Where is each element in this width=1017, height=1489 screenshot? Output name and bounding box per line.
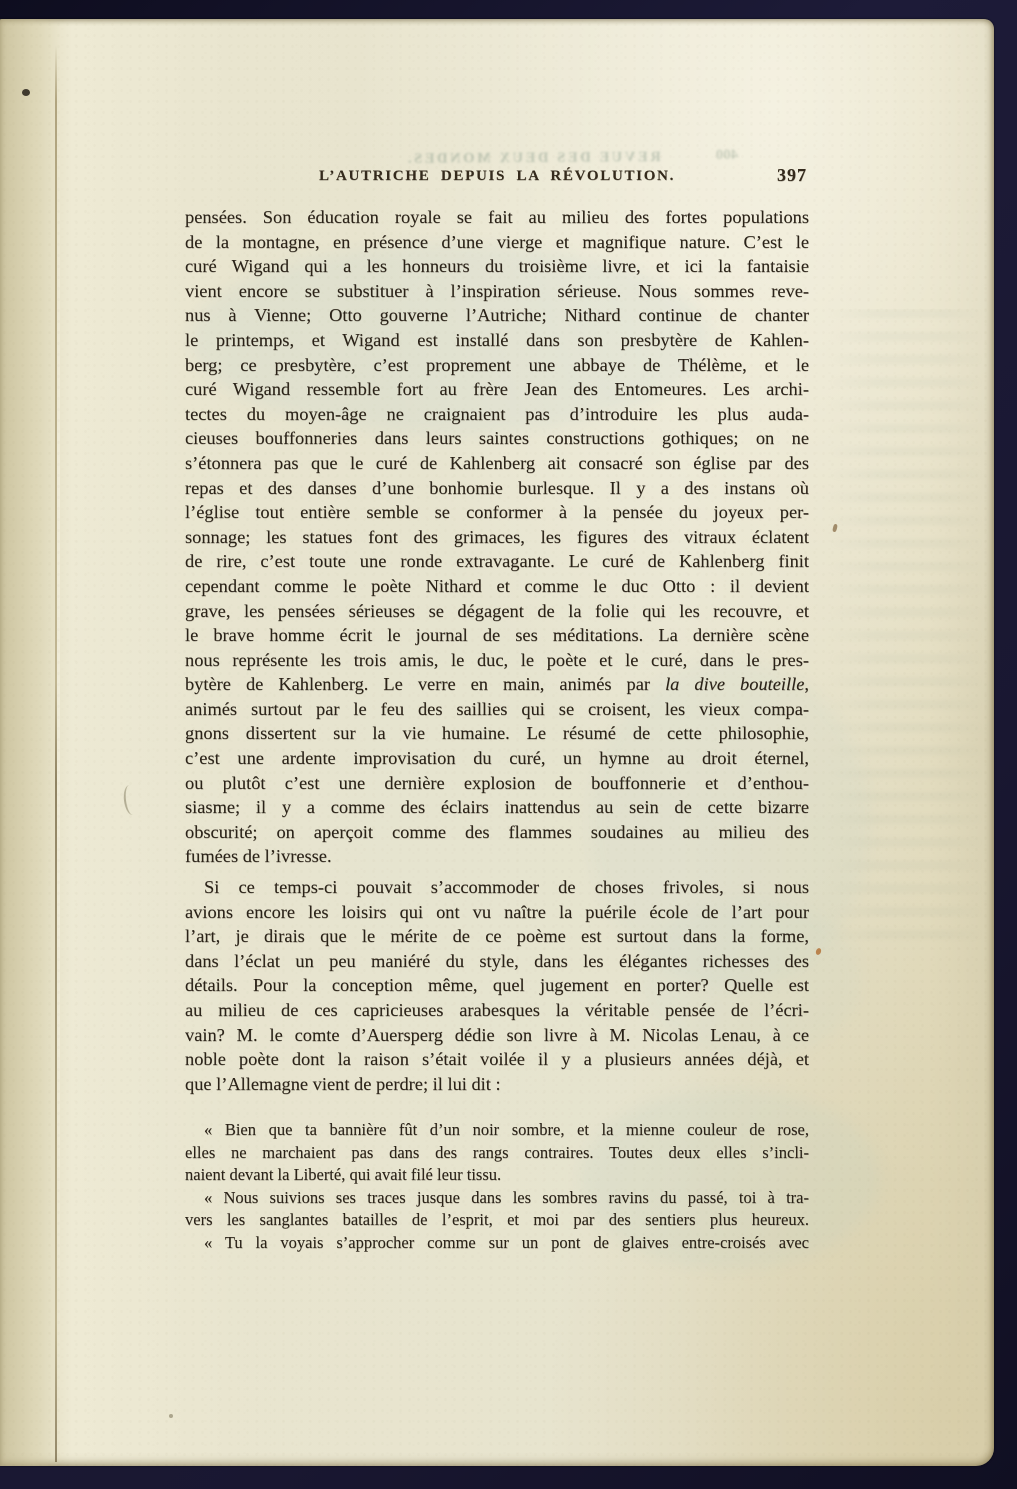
text-line: noble poète dont la raison s’était voilé…: [185, 1047, 809, 1072]
text-line: c’est une ardente improvisation du curé,…: [185, 746, 809, 771]
text-line: obscurité; on aperçoit comme des flammes…: [185, 820, 809, 845]
gutter-fold-highlight: [57, 45, 60, 1460]
text-line: curé Wigand qui a les honneurs du troisi…: [185, 254, 809, 279]
ink-speck: [815, 947, 822, 955]
text-line: fumées de l’ivresse.: [185, 844, 809, 869]
text-line: « Tu la voyais s’approcher comme sur un …: [185, 1232, 809, 1255]
text-segment: ,: [804, 674, 809, 694]
text-segment: bytère de Kahlenberg. Le verre en main, …: [185, 674, 665, 694]
text-line: au milieu de ces capricieuses arabesques…: [185, 998, 809, 1023]
text-line: cependant comme le poète Nithard et comm…: [185, 574, 809, 599]
ink-speck: [22, 89, 30, 96]
text-line: naient devant la Liberté, qui avait filé…: [185, 1164, 809, 1187]
text-line: siasme; il y a comme des éclairs inatten…: [185, 795, 809, 820]
text-line: grave, les pensées sérieuses se dégagent…: [185, 599, 809, 624]
text-line: de la montagne, en présence d’une vierge…: [185, 230, 809, 255]
text-line: le brave homme écrit le journal de ses m…: [185, 623, 809, 648]
text-line: avions encore les loisirs qui ont vu naî…: [185, 900, 809, 925]
showthrough-margin-smudge: [828, 309, 984, 949]
text-line: dans l’éclat un peu maniéré du style, da…: [185, 949, 809, 974]
text-line: Si ce temps-ci pouvait s’accommoder de c…: [185, 875, 809, 900]
text-line: vain? M. le comte d’Auersperg dédie son …: [185, 1023, 809, 1048]
paragraph: « Bien que ta bannière fût d’un noir som…: [185, 1119, 809, 1187]
text-line: elles ne marchaient pas dans des rangs c…: [185, 1142, 809, 1165]
text-line: repas et des danses d’une bonhomie burle…: [185, 476, 809, 501]
text-body: pensées. Son éducation royale se fait au…: [185, 205, 809, 1254]
margin-pencil-mark: [122, 784, 140, 815]
text-line: nus à Vienne; Otto gouverne l’Autriche; …: [185, 303, 809, 328]
text-line: ou plutôt c’est une dernière explosion d…: [185, 771, 809, 796]
text-line: curé Wigand ressemble fort au frère Jean…: [185, 377, 809, 402]
ink-speck: [169, 1414, 173, 1418]
page-number: 397: [777, 165, 807, 186]
text-line: nous représente les trois amis, le duc, …: [185, 648, 809, 673]
text-line: vers les sanglantes batailles de l’espri…: [185, 1209, 809, 1232]
text-line: le printemps, et Wigand est installé dan…: [185, 328, 809, 353]
text-line: animés surtout par le feu des saillies q…: [185, 697, 809, 722]
text-line: « Nous suivions ses traces jusque dans l…: [185, 1187, 809, 1210]
book-page: REVUE DES DEUX MONDES. 400 L’AUTRICHE DE…: [0, 19, 994, 1466]
italic-phrase: la dive bouteille: [665, 674, 804, 694]
text-line: cieuses bouffonneries dans leurs saintes…: [185, 426, 809, 451]
paragraph: « Tu la voyais s’approcher comme sur un …: [185, 1232, 809, 1255]
ink-speck: [832, 524, 838, 533]
ghost-showthrough-header: REVUE DES DEUX MONDES.: [388, 149, 678, 168]
text-line: pensées. Son éducation royale se fait au…: [185, 205, 809, 230]
text-line: sonnage; les statues font des grimaces, …: [185, 525, 809, 550]
paragraph: pensées. Son éducation royale se fait au…: [185, 205, 809, 869]
text-line: que l’Allemagne vient de perdre; il lui …: [185, 1072, 809, 1097]
text-line: berg; ce presbytère, c’est proprement un…: [185, 353, 809, 378]
text-line: l’église tout entière semble se conforme…: [185, 500, 809, 525]
scan-background: { "page": { "header": { "title": "L\u201…: [0, 0, 1017, 1489]
text-line: « Bien que ta bannière fût d’un noir som…: [185, 1119, 809, 1142]
text-line: gnons dissertent sur la vie humaine. Le …: [185, 721, 809, 746]
text-line: s’étonnera pas que le curé de Kahlenberg…: [185, 451, 809, 476]
text-line: bytère de Kahlenberg. Le verre en main, …: [185, 672, 809, 697]
running-title: L’AUTRICHE DEPUIS LA RÉVOLUTION.: [185, 168, 809, 185]
text-line: tectes du moyen-âge ne craignaient pas d…: [185, 402, 809, 427]
page-gutter-shadow: [0, 19, 60, 1466]
text-line: détails. Pour la conception même, quel j…: [185, 973, 809, 998]
paragraph: « Nous suivions ses traces jusque dans l…: [185, 1187, 809, 1232]
ghost-showthrough-page-number: 400: [700, 147, 754, 164]
running-header: L’AUTRICHE DEPUIS LA RÉVOLUTION. 397: [185, 168, 809, 192]
text-line: de rire, c’est toute une ronde extravaga…: [185, 549, 809, 574]
text-line: vient encore se substituer à l’inspirati…: [185, 279, 809, 304]
paragraph: Si ce temps-ci pouvait s’accommoder de c…: [185, 875, 809, 1096]
text-line: l’art, je dirais que le mérite de ce poè…: [185, 924, 809, 949]
